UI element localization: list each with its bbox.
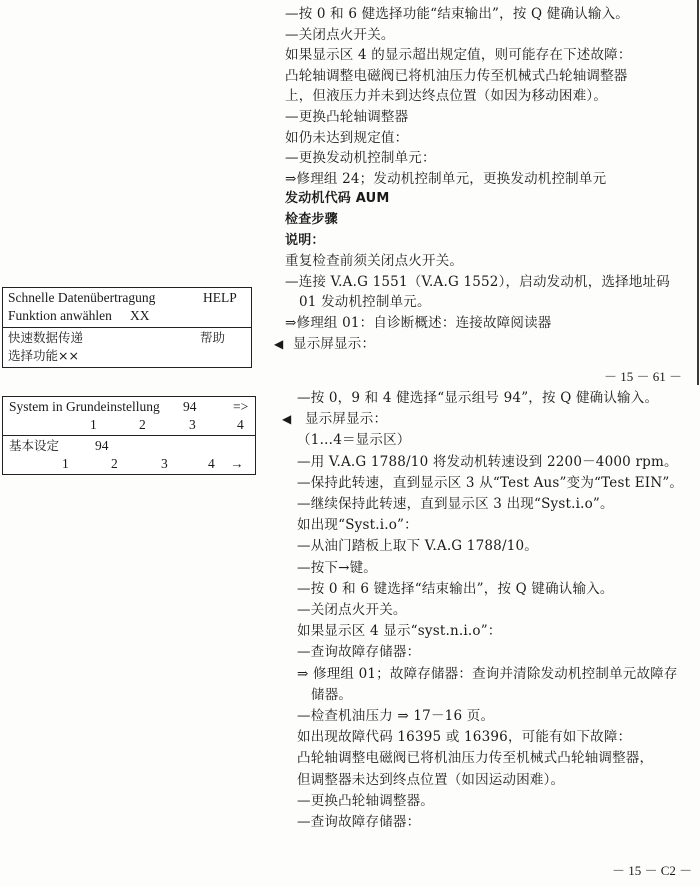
instruction-line: ⇒修理组 01：自诊断概述：连接故障阅读器	[285, 313, 551, 333]
instruction-line: —按 0 和 6 键选择“结束输出”，按 Q 键确认输入。	[297, 579, 614, 599]
instruction-line: —查询故障存储器：	[297, 812, 420, 832]
instruction-line: —查询故障存储器：	[297, 642, 420, 662]
instruction-line: ⇒ 修理组 01；故障存储器：查询并清除发动机控制单元故障存	[297, 664, 678, 684]
page-number-bottom: － 15 － C2 －	[612, 862, 692, 880]
instruction-line: 重复检查前须关闭点火开关。	[285, 251, 463, 271]
display-text-cn: 快速数据传递	[8, 329, 83, 347]
display-box-basic-setting: System in Grundeinstellung 94 => 1 2 3 4…	[2, 396, 256, 475]
instruction-line: 如出现“Syst.i.o”：	[297, 515, 418, 535]
display-text: Schnelle Datenübertragung	[8, 289, 155, 307]
instruction-line: —关闭点火开关。	[285, 25, 395, 45]
instruction-line: —按 0 和 6 健选择功能“结束输出”，按 Q 健确认输入。	[285, 4, 629, 24]
instruction-line: —用 V.A.G 1788/10 将发动机转速设到 2200－4000 rpm。	[297, 452, 678, 472]
help-label: HELP	[203, 289, 237, 307]
display-field-2-cn: 2	[111, 455, 118, 473]
instruction-line: —更换发动机控制单元：	[285, 148, 436, 168]
instruction-line: —按下→键。	[297, 558, 377, 578]
instruction-line: 储器。	[297, 685, 352, 705]
instruction-line: 凸轮轴调整电磁阀已将机油压力传至机械式凸轮轴调整器	[285, 66, 628, 86]
instruction-line: —从油门踏板上取下 V.A.G 1788/10。	[297, 536, 538, 556]
section-heading: 检查步骤	[285, 210, 338, 230]
instruction-line: —更换凸轮轴调整器	[285, 107, 408, 127]
display-group-number: 94	[183, 398, 197, 416]
instruction-line: ⇒修理组 24；发动机控制单元，更换发动机控制单元	[285, 169, 606, 189]
display-group-number-cn: 94	[95, 437, 109, 455]
instruction-line: （1…4＝显示区）	[297, 430, 410, 450]
instruction-line: 如果显示区 4 的显示超出规定值，则可能存在下述故障：	[285, 45, 632, 65]
display-text-cn: 选择功能××	[8, 347, 79, 365]
instruction-line: 显示屏显示：	[305, 409, 387, 429]
function-value: XX	[130, 307, 150, 325]
instruction-line: —更换凸轮轴调整器。	[297, 791, 434, 811]
instruction-line: —连接 V.A.G 1551（V.A.G 1552），启动发动机，选择地址码	[285, 272, 670, 292]
display-field-3: 3	[189, 416, 196, 434]
next-arrow: =>	[233, 398, 248, 416]
instruction-line: —检查机油压力 ⇒ 17－16 页。	[297, 706, 494, 726]
page-number-top: － 15 － 61 －	[604, 368, 682, 386]
display-box-fast-data-transfer: Schnelle Datenübertragung HELP Funktion …	[2, 287, 252, 368]
page-edge-divider	[697, 0, 699, 385]
pointer-triangle-icon: ◀	[282, 409, 291, 429]
display-field-4: 4	[237, 416, 244, 434]
instruction-line: 如出现故障代码 16395 或 16396，可能有如下故障：	[297, 727, 631, 747]
instruction-line: 如仍未达到规定值：	[285, 128, 408, 148]
display-text: Funktion anwählen	[8, 307, 112, 325]
display-field-1-cn: 1	[62, 455, 69, 473]
help-label-cn: 帮助	[200, 329, 225, 347]
display-text: System in Grundeinstellung	[9, 398, 160, 416]
pointer-triangle-icon: ◀	[274, 334, 283, 354]
instruction-line: 如果显示区 4 显示“syst.n.i.o”：	[297, 621, 502, 641]
display-field-3-cn: 3	[161, 455, 168, 473]
instruction-line: 显示屏显示：	[293, 334, 375, 354]
display-field-1: 1	[90, 416, 97, 434]
display-text-cn: 基本设定	[9, 437, 59, 455]
instruction-line: —继续保持此转速，直到显示区 3 出现“Syst.i.o”。	[297, 494, 614, 514]
instruction-line: 01 发动机控制单元。	[285, 292, 431, 312]
instruction-line: —保持此转速，直到显示区 3 从“Test Aus”变为“Test EIN”。	[297, 473, 683, 493]
display-field-4-cn: 4	[208, 455, 215, 473]
instruction-line: 凸轮轴调整电磁阀已将机油压力传至机械式凸轮轴调整器，	[297, 748, 653, 768]
section-heading: 说明：	[285, 231, 325, 251]
instruction-line: —关闭点火开关。	[297, 600, 407, 620]
right-arrow-icon: →	[230, 455, 244, 473]
instruction-line: 上，但液压力并未到达终点位置（如因为移动困难）。	[285, 86, 607, 106]
section-heading: 发动机代码 AUM	[285, 189, 389, 209]
display-field-2: 2	[139, 416, 146, 434]
instruction-line: 但调整器未达到终点位置（如因运动困难）。	[297, 770, 564, 790]
instruction-line: —按 0，9 和 4 健选择“显示组号 94”，按 Q 健确认输入。	[297, 388, 658, 408]
